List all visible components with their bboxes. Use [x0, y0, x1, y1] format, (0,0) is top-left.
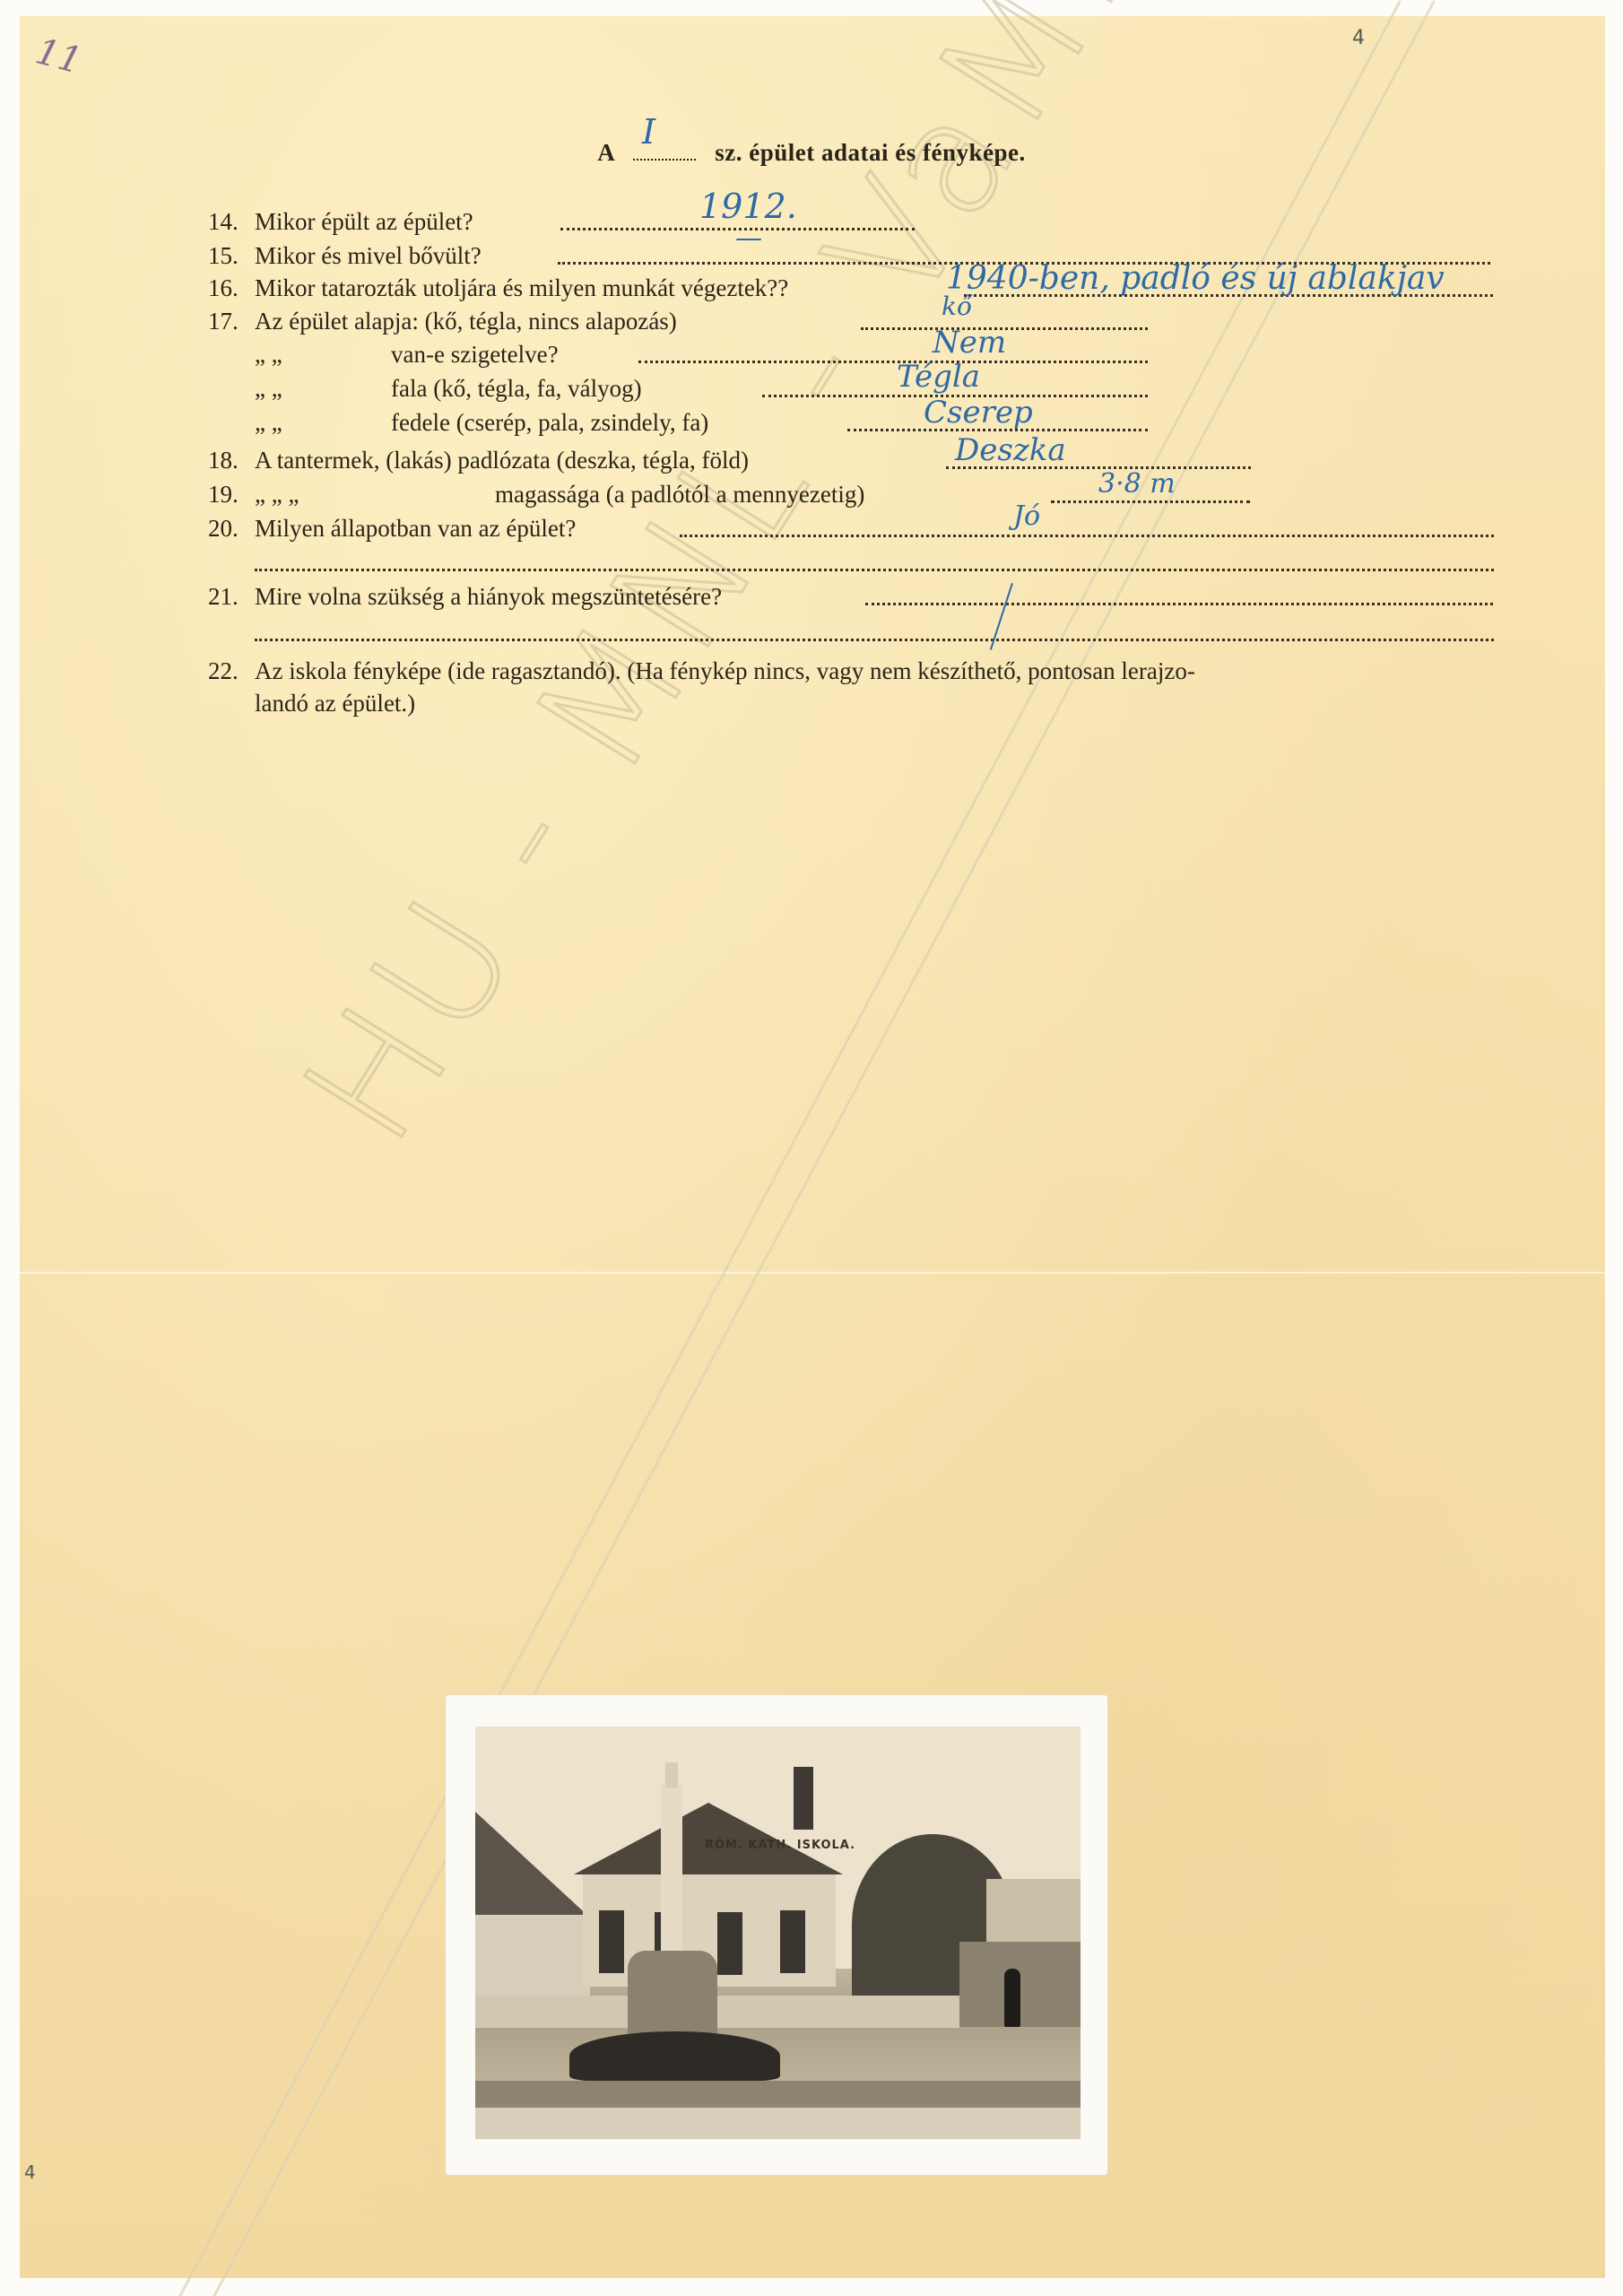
answer-19: 3·8 m — [1098, 468, 1176, 500]
question-text: Mikor tatarozták utoljára és milyen munk… — [255, 274, 777, 301]
margin-mark-top-right: 4 — [1352, 27, 1365, 49]
question-text: Az épület alapja: (kő, tégla, nincs alap… — [255, 308, 677, 335]
answer-17-roof: Cserep — [924, 395, 1033, 430]
question-text: magassága (a padlótól a mennyezetig) — [495, 481, 864, 508]
question-18: 18.A tantermek, (lakás) padlózata (deszk… — [208, 447, 749, 474]
question-text-cont: landó az épület.) — [208, 687, 1499, 719]
question-text: fala (kő, tégla, fa, vályog) — [391, 375, 642, 402]
answer-20: Jó — [1013, 500, 1040, 532]
question-text: Milyen állapotban van az épület? — [255, 515, 576, 542]
question-text: A tantermek, (lakás) padlózata (deszka, … — [255, 447, 749, 474]
margin-mark-bottom-left: 4 — [24, 2161, 36, 2183]
question-14: 14.Mikor épült az épület? — [208, 208, 473, 236]
answer-17: kő — [942, 291, 972, 321]
question-17: 17.Az épület alapja: (kő, tégla, nincs a… — [208, 308, 677, 335]
question-text: Mikor és mivel bővült? — [255, 242, 482, 269]
question-22: 22.Az iskola fényképe (ide ragasztandó).… — [208, 655, 1499, 719]
answer-line — [1051, 500, 1250, 503]
answer-line — [865, 603, 1493, 605]
answer-line — [680, 535, 1494, 537]
question-17-wall: „ „fala (kő, tégla, fa, vályog) — [255, 375, 642, 403]
answer-line — [638, 361, 1148, 363]
paper-fold — [20, 1272, 1605, 1274]
title-prefix: A — [597, 139, 614, 166]
answer-16: 1940-ben, padló és új ablakjav — [946, 260, 1445, 297]
school-sign: RÓM. KATH. ISKOLA. — [650, 1839, 910, 1852]
school-photograph: RÓM. KATH. ISKOLA. — [446, 1695, 1107, 2175]
answer-line — [255, 569, 1494, 571]
answer-17-insulation: Nem — [933, 325, 1006, 361]
question-text: fedele (cserép, pala, zsindely, fa) — [391, 409, 708, 436]
building-number-field: I — [633, 143, 696, 161]
question-15: 15.Mikor és mivel bővült? — [208, 242, 482, 270]
photo-image: RÓM. KATH. ISKOLA. — [475, 1726, 1081, 2139]
question-19: 19.„ „ „magassága (a padlótól a mennyeze… — [208, 481, 864, 509]
answer-18: Deszka — [955, 432, 1066, 468]
answer-15: — — [735, 222, 762, 254]
question-17-insulation: „ „van-e szigetelve? — [255, 341, 559, 369]
building-number-answer: I — [642, 112, 656, 152]
answer-line — [255, 639, 1494, 641]
page-title: A I sz. épület adatai és fényképe. — [0, 139, 1623, 167]
title-suffix: sz. épület adatai és fényképe. — [715, 139, 1025, 166]
question-text: van-e szigetelve? — [391, 341, 559, 368]
answer-14: 1912. — [699, 187, 797, 226]
question-text: Az iskola fényképe (ide ragasztandó). (H… — [255, 657, 1195, 684]
question-text: Mire volna szükség a hiányok megszünteté… — [255, 583, 722, 610]
question-16: 16.Mikor tatarozták utoljára és milyen m… — [208, 274, 788, 302]
answer-17-wall: Tégla — [897, 359, 980, 395]
question-20: 20.Milyen állapotban van az épület? — [208, 515, 576, 543]
question-21: 21.Mire volna szükség a hiányok megszünt… — [208, 583, 722, 611]
question-text: Mikor épült az épület? — [255, 208, 473, 235]
question-17-roof: „ „fedele (cserép, pala, zsindely, fa) — [255, 409, 708, 437]
